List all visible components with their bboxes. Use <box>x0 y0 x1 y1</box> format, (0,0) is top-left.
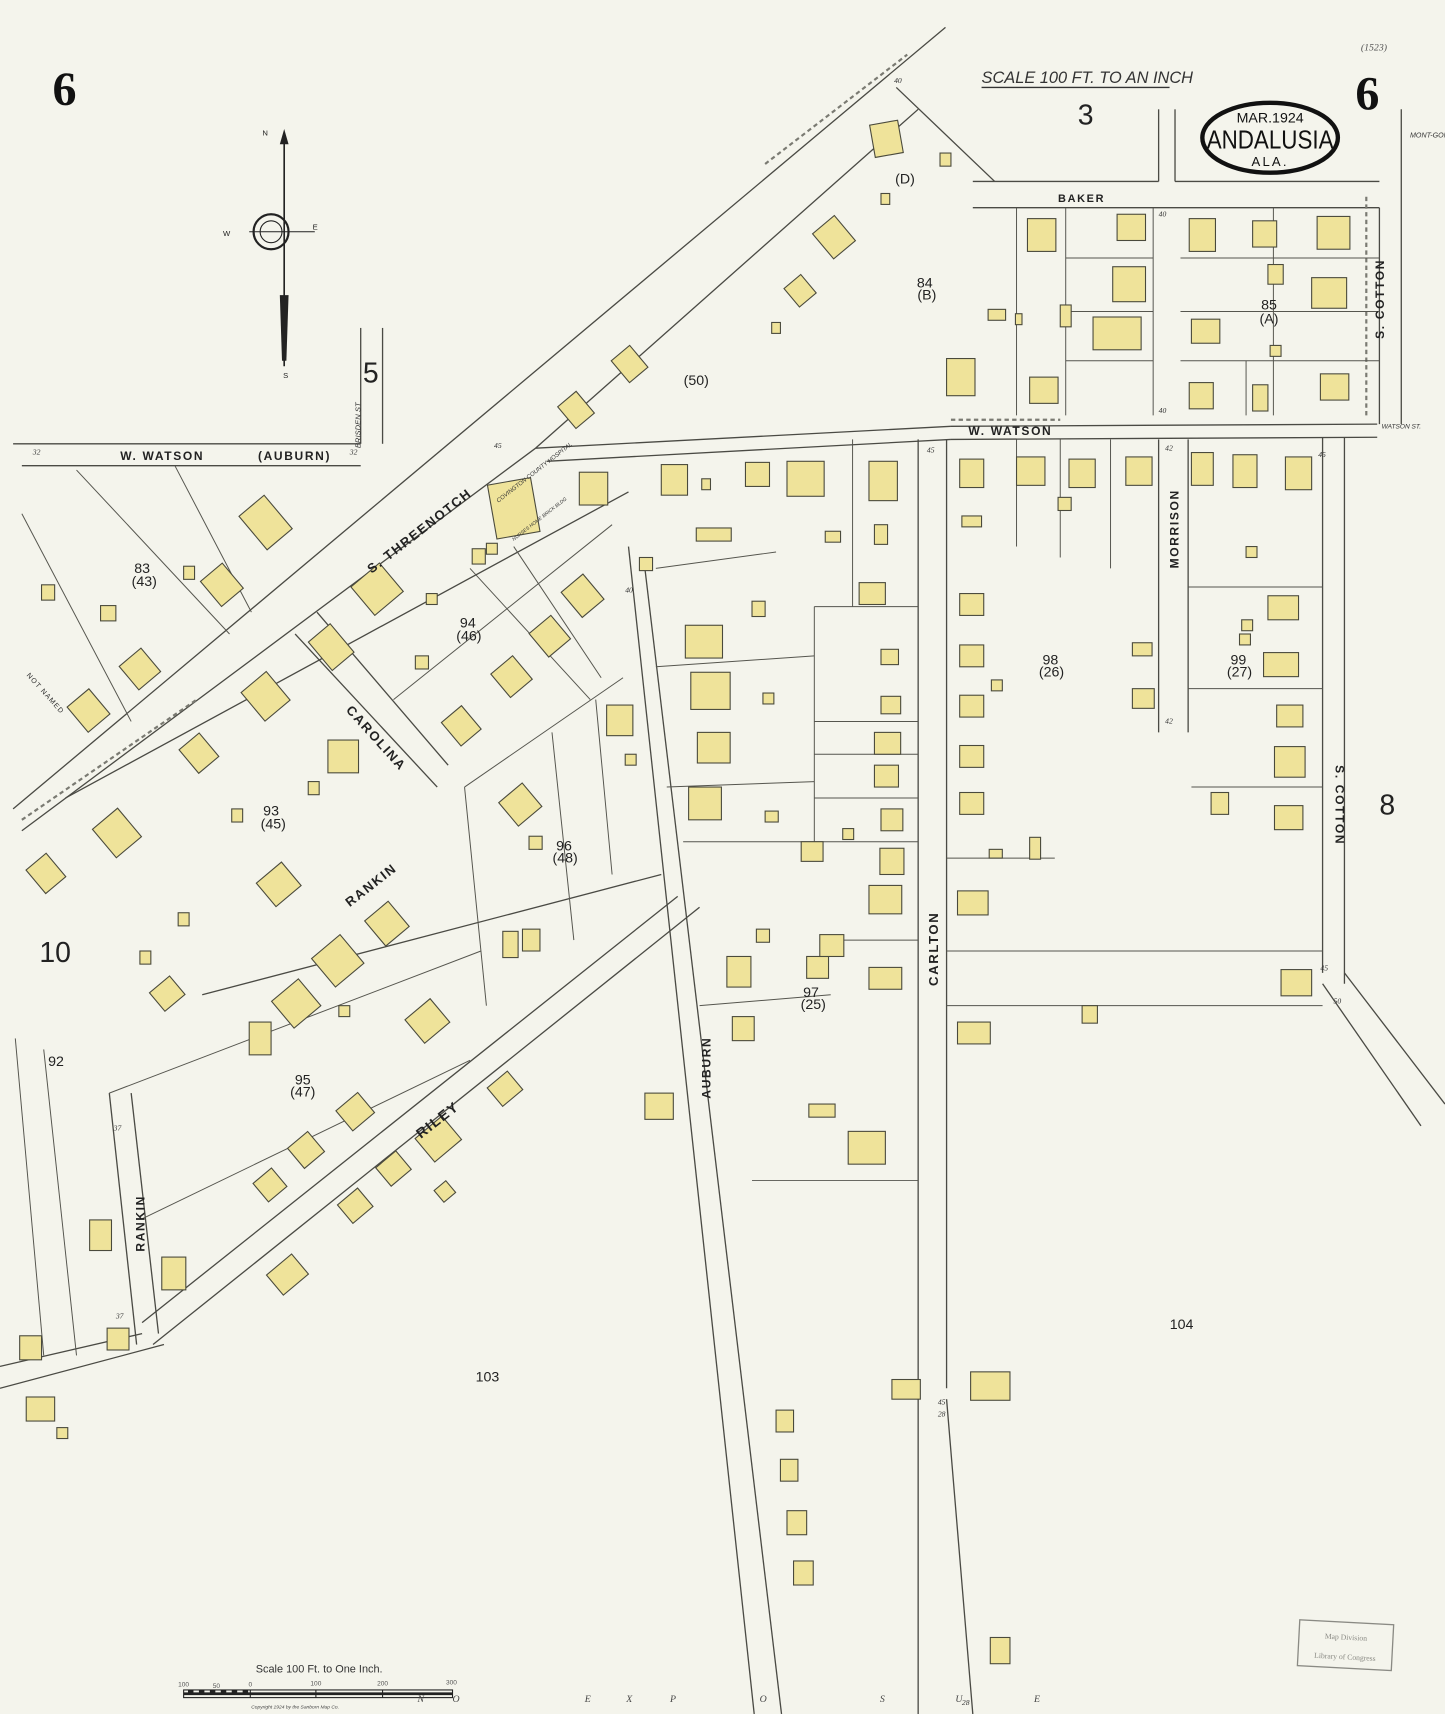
svg-text:45: 45 <box>927 446 935 455</box>
street-label-s-cotton-top: S. COTTON <box>1373 259 1387 339</box>
svg-text:S: S <box>880 1694 885 1705</box>
svg-text:S: S <box>283 371 288 380</box>
block-d: (D) <box>895 172 915 188</box>
svg-text:U: U <box>955 1694 963 1705</box>
svg-text:40: 40 <box>1159 209 1167 218</box>
svg-text:32: 32 <box>32 448 41 457</box>
svg-text:(47): (47) <box>290 1084 315 1100</box>
svg-text:45: 45 <box>1320 964 1328 973</box>
svg-text:40: 40 <box>625 585 633 594</box>
svg-text:(25): (25) <box>801 997 826 1013</box>
street-label-brisden: BRISDEN ST <box>354 401 363 448</box>
svg-text:100: 100 <box>178 1682 189 1689</box>
street-label-auburn: AUBURN <box>699 1037 713 1099</box>
svg-text:(26): (26) <box>1039 665 1064 681</box>
copyright: Copyright 1924 by the Sanborn Map Co. <box>251 1705 339 1711</box>
svg-text:45: 45 <box>1318 450 1326 459</box>
svg-text:32: 32 <box>349 448 358 457</box>
adjacent-sheet-top: 3 <box>1078 100 1094 132</box>
svg-text:28: 28 <box>938 1410 946 1419</box>
svg-text:(43): (43) <box>132 574 157 590</box>
svg-text:(48): (48) <box>552 850 577 866</box>
svg-text:X: X <box>625 1694 633 1705</box>
svg-text:O: O <box>760 1694 767 1705</box>
state-name: ALA. <box>1252 154 1289 169</box>
adjacent-sheet-left-top: 5 <box>363 358 379 390</box>
svg-text:50: 50 <box>1334 996 1342 1005</box>
svg-text:200: 200 <box>377 1681 388 1688</box>
svg-text:(27): (27) <box>1227 665 1252 681</box>
svg-text:E: E <box>1033 1694 1040 1705</box>
block-104: 104 <box>1170 1317 1194 1333</box>
svg-text:37: 37 <box>115 1311 125 1320</box>
street-label-montgomery: MONT-GOMERY ST. <box>1410 132 1445 140</box>
street-label-morrison: MORRISON <box>1167 489 1181 568</box>
svg-text:(A): (A) <box>1260 312 1279 328</box>
street-label-auburn-paren: (AUBURN) <box>258 449 331 463</box>
svg-text:(46): (46) <box>456 629 481 645</box>
svg-text:Scale 100 Ft. to One Inch.: Scale 100 Ft. to One Inch. <box>256 1663 383 1675</box>
svg-text:40: 40 <box>894 76 902 85</box>
svg-text:N: N <box>262 129 268 138</box>
svg-text:E: E <box>584 1694 591 1705</box>
street-label-w-watson-east: W. WATSON <box>968 424 1052 438</box>
block-50: (50) <box>684 373 709 389</box>
svg-text:(B): (B) <box>917 288 936 304</box>
svg-text:45: 45 <box>938 1398 946 1407</box>
svg-text:37: 37 <box>113 1123 123 1132</box>
svg-text:42: 42 <box>1165 443 1173 452</box>
svg-text:E: E <box>313 223 318 232</box>
scale-title: SCALE 100 FT. TO AN INCH <box>982 69 1194 87</box>
street-label-watson-st: WATSON ST. <box>1382 423 1422 430</box>
svg-text:28: 28 <box>962 1698 970 1707</box>
title-cartouche: MAR.1924 ANDALUSIA ALA. <box>1202 103 1338 173</box>
sheet-number-right: 6 <box>1355 67 1379 120</box>
svg-text:300: 300 <box>446 1679 457 1686</box>
paper-background <box>0 0 1445 1714</box>
street-label-carlton: CARLTON <box>926 912 941 986</box>
street-label-rankin-vertical: RANKIN <box>133 1195 147 1252</box>
street-label-baker: BAKER <box>1058 193 1105 205</box>
svg-text:40: 40 <box>1159 406 1167 415</box>
adjacent-sheet-92: 92 <box>48 1054 64 1070</box>
street-label-s-cotton: S. COTTON <box>1333 765 1347 845</box>
svg-text:50: 50 <box>213 1683 221 1690</box>
svg-text:O: O <box>453 1694 460 1705</box>
sheet-number-left: 6 <box>52 63 76 116</box>
svg-text:P: P <box>669 1694 676 1705</box>
city-name: ANDALUSIA <box>1207 125 1334 155</box>
svg-text:42: 42 <box>1165 717 1173 726</box>
svg-text:W: W <box>223 229 231 238</box>
catalog-number: (1523) <box>1361 42 1387 53</box>
sanborn-map: 6 6 (1523) SCALE 100 FT. TO AN INCH MAR.… <box>0 0 1445 1714</box>
adjacent-sheet-left: 10 <box>39 937 71 969</box>
adjacent-sheet-right: 8 <box>1379 789 1395 821</box>
svg-text:(45): (45) <box>261 817 286 833</box>
street-label-w-watson-west: W. WATSON <box>120 449 204 463</box>
block-103: 103 <box>476 1370 500 1386</box>
svg-text:100: 100 <box>310 1681 321 1688</box>
svg-text:0: 0 <box>248 1682 252 1689</box>
svg-text:45: 45 <box>494 441 502 450</box>
